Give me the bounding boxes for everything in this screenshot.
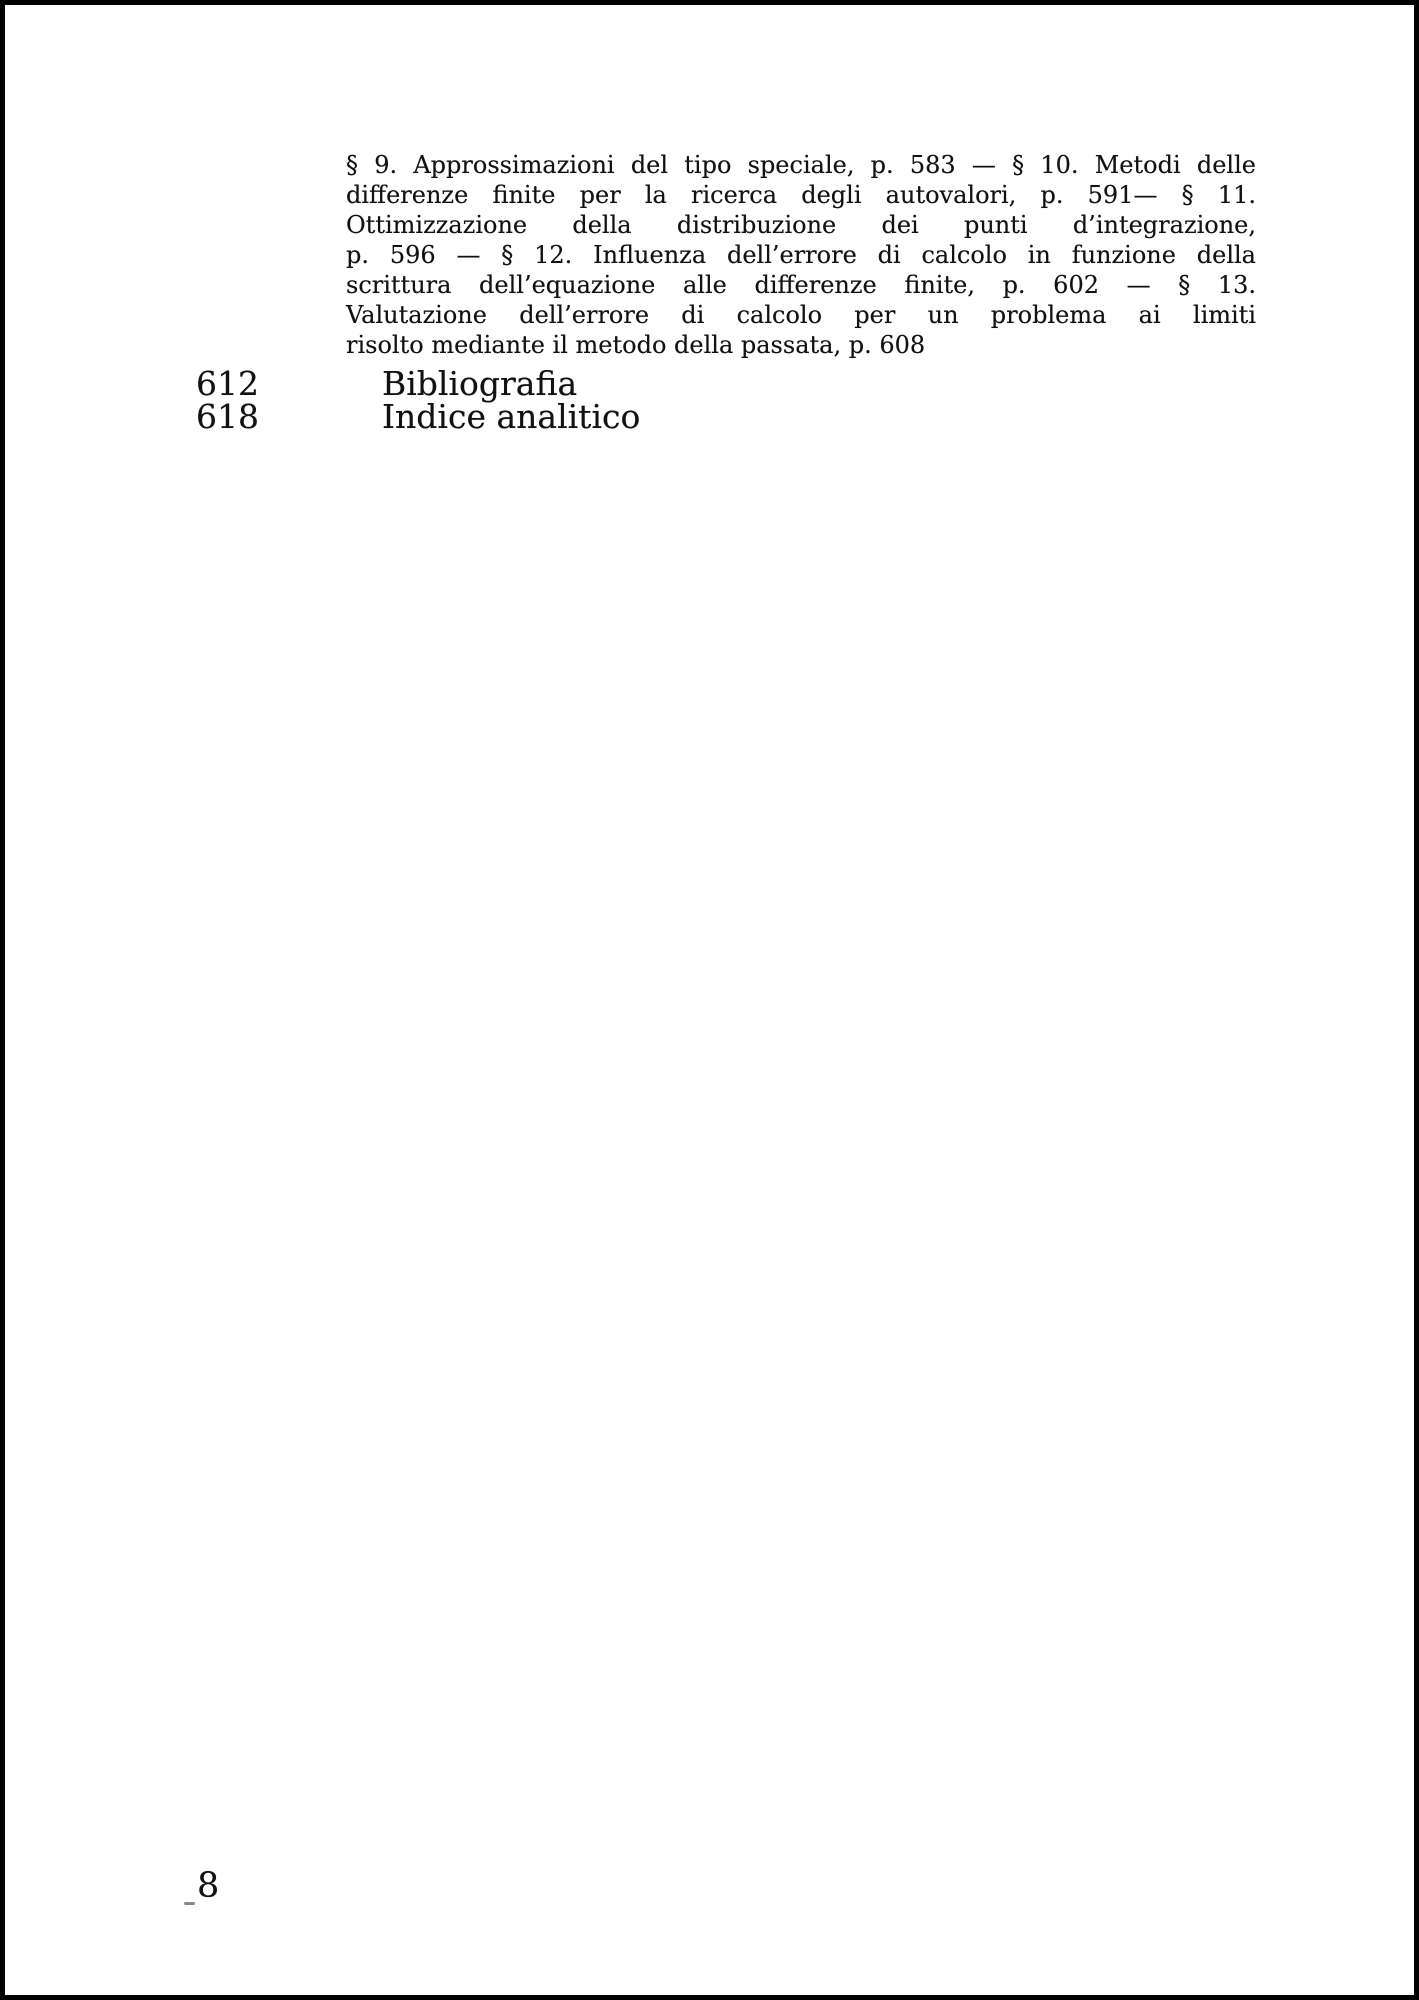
- toc-entry-indice-analitico: 618 Indice analitico: [5, 399, 1414, 435]
- paragraph-line: risolto mediante il metodo della passata…: [346, 330, 1256, 360]
- paragraph-line: differenze finite per la ricerca degli a…: [346, 180, 1256, 210]
- toc-entry-title: Indice analitico: [382, 399, 640, 435]
- paragraph-line: Valutazione dell’errore di calcolo per u…: [346, 300, 1256, 330]
- scan-speck: [184, 1902, 195, 1905]
- page-number: 8: [197, 1868, 219, 1904]
- book-page: § 9. Approssimazioni del tipo speciale, …: [0, 0, 1419, 2000]
- paragraph-line: Ottimizzazione della distribuzione dei p…: [346, 210, 1256, 240]
- paragraph-line: p. 596 — § 12. Influenza dell’errore di …: [346, 240, 1256, 270]
- toc-continuation-paragraph: § 9. Approssimazioni del tipo speciale, …: [346, 150, 1256, 360]
- toc-entry-page-number: 618: [196, 399, 259, 435]
- paragraph-line: § 9. Approssimazioni del tipo speciale, …: [346, 150, 1256, 180]
- paragraph-line: scrittura dell’equazione alle differenze…: [346, 270, 1256, 300]
